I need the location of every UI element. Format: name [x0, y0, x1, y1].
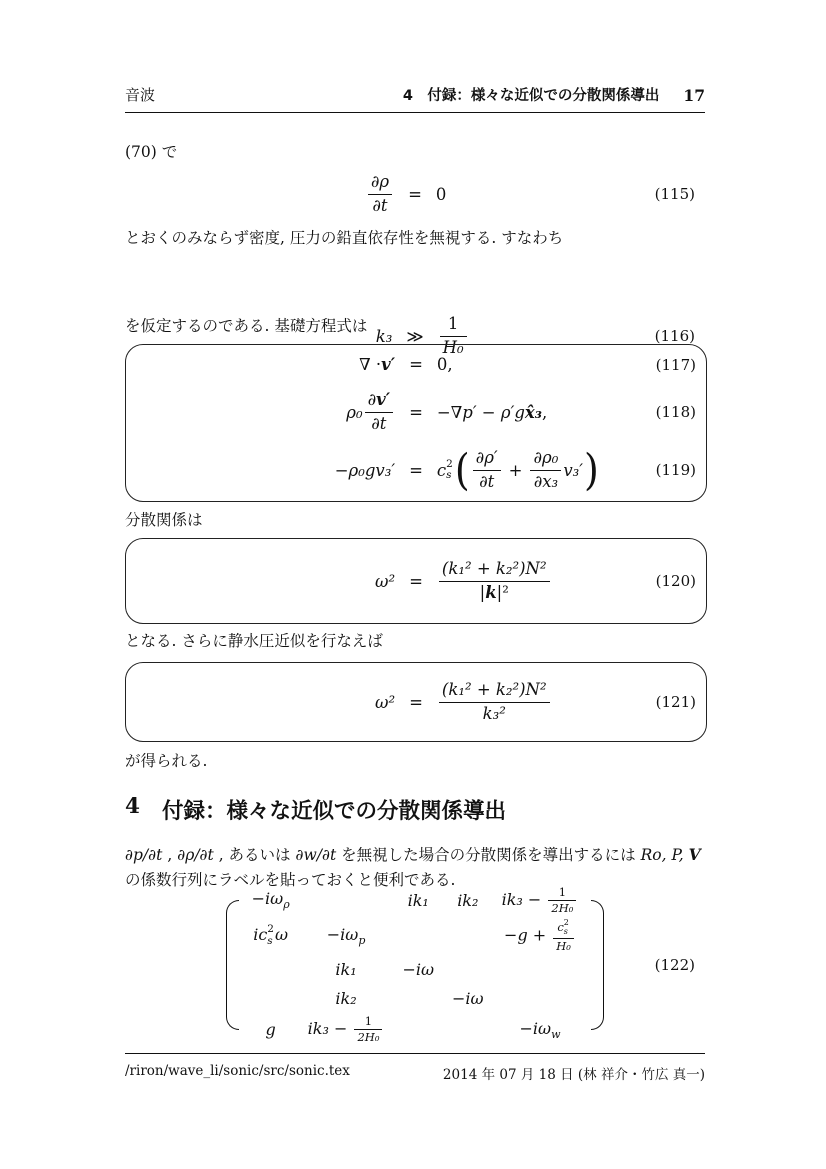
matrix-row: ik₁ −iω [243, 955, 588, 984]
equation-number-121: (121) [656, 693, 696, 711]
header-section-title: 4 付録：様々な近似での分散関係導出 [403, 84, 660, 105]
fraction: (k₁² + k₂²)N² |k|² [439, 559, 550, 603]
fraction: 12H₀ [354, 1015, 382, 1044]
equation-box-120: ω² = (k₁² + k₂²)N² |k|² (120) [125, 538, 707, 624]
big-paren-close: ) [583, 449, 600, 492]
fraction: ∂ρ′ ∂t [473, 448, 501, 492]
footer-file-path: /riron/wave_li/sonic/src/sonic.tex [125, 1063, 350, 1083]
page-header: 音波 4 付録：様々な近似での分散関係導出 17 [125, 84, 705, 113]
fraction: c2sH₀ [553, 919, 574, 953]
equation-number-122: (122) [655, 956, 695, 974]
paragraph-hydrostatic: となる. さらに静水圧近似を行なえば [125, 629, 705, 654]
matrix-row: ik₂ −iω [243, 984, 588, 1013]
matrix-row: −iωρ ik₁ ik₂ ik₃ − 12H₀ [243, 884, 588, 917]
equation-number-118: (118) [656, 403, 696, 421]
header-page-number: 17 [683, 86, 705, 105]
equation-number-117: (117) [656, 356, 696, 374]
equation-box-basic-equations: ∇ · v′ = 0, (117) ρ₀ ∂v′ ∂t = −∇p′ − ρ′g… [125, 344, 707, 502]
paragraph-eq70-intro: (70) で [125, 140, 705, 165]
coefficient-matrix: −iωρ ik₁ ik₂ ik₃ − 12H₀ ic2sω −iωp −g + … [243, 884, 588, 1047]
sup-sub-stack: 2s [564, 919, 569, 937]
big-paren-open: ( [454, 449, 471, 492]
fraction: (k₁² + k₂²)N² k₃² [439, 680, 550, 724]
appendix-line-1: ∂p/∂t , ∂ρ/∂t , あるいは ∂w/∂t を無視した場合の分散関係を… [125, 842, 705, 868]
section-heading: 4 付録：様々な近似での分散関係導出 [125, 794, 705, 825]
fraction: ∂ρ₀ ∂x₃ [530, 448, 561, 492]
equation-120: ω² = (k₁² + k₂²)N² |k|² (120) [126, 559, 706, 603]
matrix-row: ic2sω −iωp −g + c2sH₀ [243, 917, 588, 955]
equation-number-115: (115) [655, 185, 695, 203]
matrix-row: g ik₃ − 12H₀ −iωw [243, 1013, 588, 1046]
matrix-paren-left [226, 900, 239, 1030]
header-doc-title: 音波 [125, 84, 155, 105]
equation-117: ∇ · v′ = 0, (117) [126, 349, 706, 381]
equation-number-120: (120) [656, 572, 696, 590]
fraction: ∂v′ ∂t [365, 390, 394, 434]
equation-119: −ρ₀gv₃′ = c 2 s ( ∂ρ′ ∂t + ∂ρ₀ ∂x₃ v₃′ [126, 444, 706, 497]
equation-118: ρ₀ ∂v′ ∂t = −∇p′ − ρ′g x̂₃ , (118) [126, 389, 706, 436]
footer-date-authors: 2014 年 07 月 18 日 (林 祥介・竹広 真一) [443, 1063, 705, 1083]
matrix-paren-right [591, 900, 604, 1030]
section-number: 4 [125, 794, 140, 825]
equation-121: ω² = (k₁² + k₂²)N² k₃² (121) [126, 680, 706, 724]
paragraph-basic-equations: を仮定するのである. 基礎方程式は [125, 314, 705, 339]
paragraph-dispersion: 分散関係は [125, 508, 705, 533]
sup-sub-stack: 2 s [446, 459, 453, 482]
section-title: 付録：様々な近似での分散関係導出 [162, 794, 506, 825]
paragraph-density: とおくのみならず密度, 圧力の鉛直依存性を無視する. すなわち [125, 226, 705, 251]
page-footer: /riron/wave_li/sonic/src/sonic.tex 2014 … [125, 1053, 705, 1083]
fraction: ∂ρ ∂t [368, 172, 392, 216]
fraction: 12H₀ [548, 886, 576, 915]
paragraph-obtained: が得られる. [125, 749, 705, 774]
document-page: 音波 4 付録：様々な近似での分散関係導出 17 (70) で ∂ρ ∂t = … [0, 0, 826, 1169]
equation-115: ∂ρ ∂t = 0 (115) [125, 168, 705, 220]
equation-box-121: ω² = (k₁² + k₂²)N² k₃² (121) [125, 662, 707, 742]
sup-sub-stack: 2s [267, 924, 274, 947]
equation-number-119: (119) [656, 461, 696, 479]
equation-122-matrix: −iωρ ik₁ ik₂ ik₃ − 12H₀ ic2sω −iωp −g + … [125, 898, 705, 1032]
